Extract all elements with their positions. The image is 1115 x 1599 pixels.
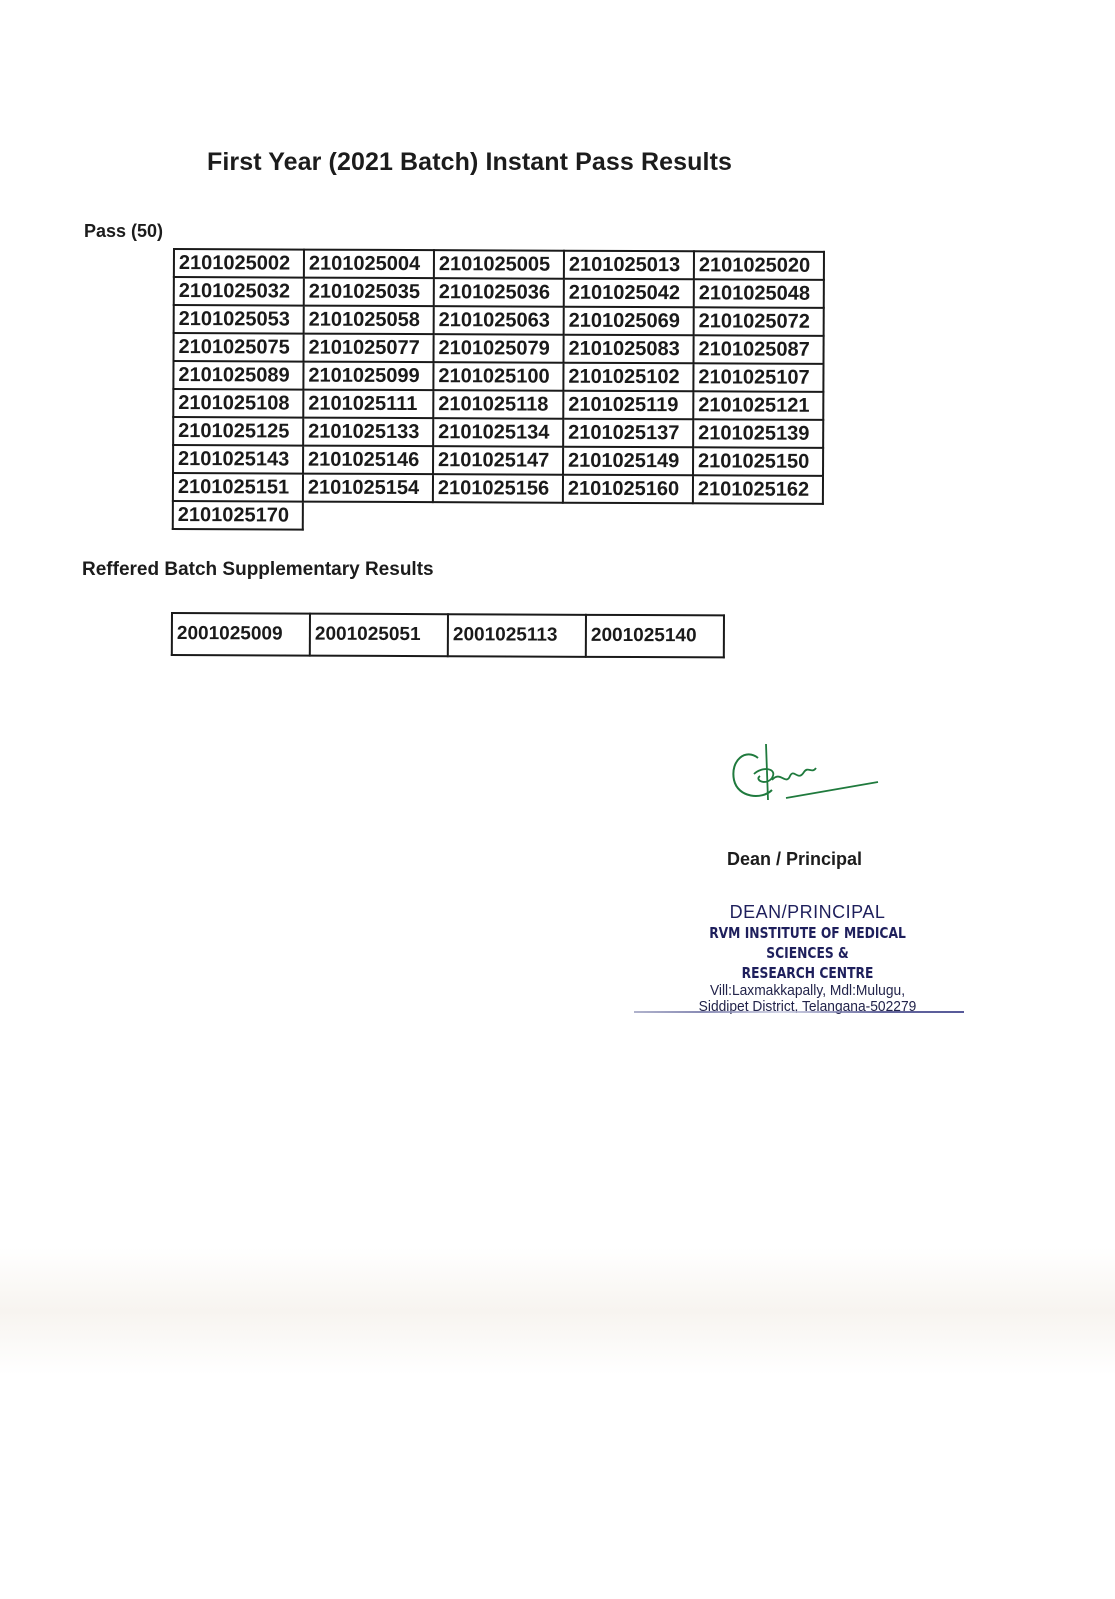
roll-number-cell: 2101025102 — [563, 363, 693, 392]
roll-number-cell: 2101025077 — [304, 334, 434, 363]
roll-number-cell: 2101025100 — [433, 362, 563, 391]
roll-number-cell: 2001025140 — [586, 615, 724, 658]
signature-icon — [728, 740, 888, 810]
roll-number-cell: 2101025087 — [694, 335, 824, 364]
roll-number-cell: 2101025002 — [174, 249, 304, 278]
roll-number-cell: 2101025137 — [563, 419, 693, 448]
roll-number-cell: 2101025053 — [174, 305, 304, 334]
official-stamp: DEAN/PRINCIPAL RVM INSTITUTE OF MEDICAL … — [650, 902, 965, 1015]
roll-number-cell: 2101025150 — [693, 447, 823, 476]
pass-section-label: Pass (50) — [84, 221, 163, 242]
table-row: 2101025002210102500421010250052101025013… — [174, 249, 824, 280]
roll-number-cell: 2101025058 — [304, 306, 434, 335]
roll-number-cell: 2101025072 — [694, 307, 824, 336]
roll-number-cell: 2101025005 — [434, 250, 564, 279]
roll-number-cell: 2101025151 — [173, 473, 303, 502]
roll-number-cell: 2101025063 — [434, 306, 564, 335]
roll-number-cell: 2101025156 — [433, 474, 563, 503]
roll-number-cell: 2101025004 — [304, 250, 434, 279]
roll-number-cell: 2001025009 — [172, 613, 310, 656]
empty-cell — [303, 502, 433, 531]
roll-number-cell: 2101025048 — [694, 279, 824, 308]
table-row: 2101025170 — [173, 501, 823, 532]
roll-number-cell: 2101025042 — [564, 279, 694, 308]
pass-results-table: 2101025002210102500421010250052101025013… — [172, 248, 825, 533]
roll-number-cell: 2101025149 — [563, 447, 693, 476]
supplementary-section-label: Reffered Batch Supplementary Results — [82, 559, 434, 581]
roll-number-cell: 2101025013 — [564, 251, 694, 280]
roll-number-cell: 2101025121 — [693, 391, 823, 420]
roll-number-cell: 2001025113 — [448, 614, 586, 657]
roll-number-cell: 2101025170 — [173, 501, 303, 530]
supplementary-results-table: 2001025009200102505120010251132001025140 — [171, 612, 725, 658]
roll-number-cell: 2001025051 — [310, 614, 448, 657]
roll-number-cell: 2101025079 — [434, 334, 564, 363]
table-row: 2101025143210102514621010251472101025149… — [173, 445, 823, 476]
stamp-address-line1: Vill:Laxmakkapally, Mdl:Mulugu, — [663, 983, 953, 999]
empty-cell — [433, 502, 563, 531]
roll-number-cell: 2101025125 — [173, 417, 303, 446]
roll-number-cell: 2101025035 — [304, 278, 434, 307]
roll-number-cell: 2101025147 — [433, 446, 563, 475]
stamp-underline — [634, 1011, 964, 1013]
roll-number-cell: 2101025032 — [174, 277, 304, 306]
table-row: 2001025009200102505120010251132001025140 — [172, 613, 724, 657]
table-row: 2101025151210102515421010251562101025160… — [173, 473, 823, 504]
table-row: 2101025053210102505821010250632101025069… — [174, 305, 824, 336]
roll-number-cell: 2101025111 — [303, 390, 433, 419]
stamp-institute-name-cont: RESEARCH CENTRE — [678, 963, 936, 983]
roll-number-cell: 2101025020 — [694, 251, 824, 280]
signatory-title: Dean / Principal — [727, 849, 862, 870]
roll-number-cell: 2101025154 — [303, 474, 433, 503]
roll-number-cell: 2101025146 — [303, 446, 433, 475]
table-row: 2101025032210102503521010250362101025042… — [174, 277, 824, 308]
roll-number-cell: 2101025069 — [564, 307, 694, 336]
roll-number-cell: 2101025133 — [303, 418, 433, 447]
roll-number-cell: 2101025119 — [563, 391, 693, 420]
roll-number-cell: 2101025036 — [434, 278, 564, 307]
page-title: First Year (2021 Batch) Instant Pass Res… — [207, 148, 732, 177]
stamp-designation: DEAN/PRINCIPAL — [650, 902, 965, 923]
table-row: 2101025075210102507721010250792101025083… — [174, 333, 824, 364]
roll-number-cell: 2101025108 — [173, 389, 303, 418]
table-row: 2101025125210102513321010251342101025137… — [173, 417, 823, 448]
roll-number-cell: 2101025089 — [173, 361, 303, 390]
empty-cell — [693, 503, 823, 532]
roll-number-cell: 2101025083 — [564, 335, 694, 364]
roll-number-cell: 2101025075 — [174, 333, 304, 362]
table-row: 2101025089210102509921010251002101025102… — [173, 361, 823, 392]
roll-number-cell: 2101025162 — [693, 475, 823, 504]
roll-number-cell: 2101025139 — [693, 419, 823, 448]
roll-number-cell: 2101025160 — [563, 475, 693, 504]
table-row: 2101025108210102511121010251182101025119… — [173, 389, 823, 420]
roll-number-cell: 2101025099 — [303, 362, 433, 391]
roll-number-cell: 2101025143 — [173, 445, 303, 474]
stamp-institute-name: RVM INSTITUTE OF MEDICAL SCIENCES & — [678, 923, 936, 963]
roll-number-cell: 2101025118 — [433, 390, 563, 419]
roll-number-cell: 2101025107 — [693, 363, 823, 392]
empty-cell — [563, 503, 693, 532]
roll-number-cell: 2101025134 — [433, 418, 563, 447]
